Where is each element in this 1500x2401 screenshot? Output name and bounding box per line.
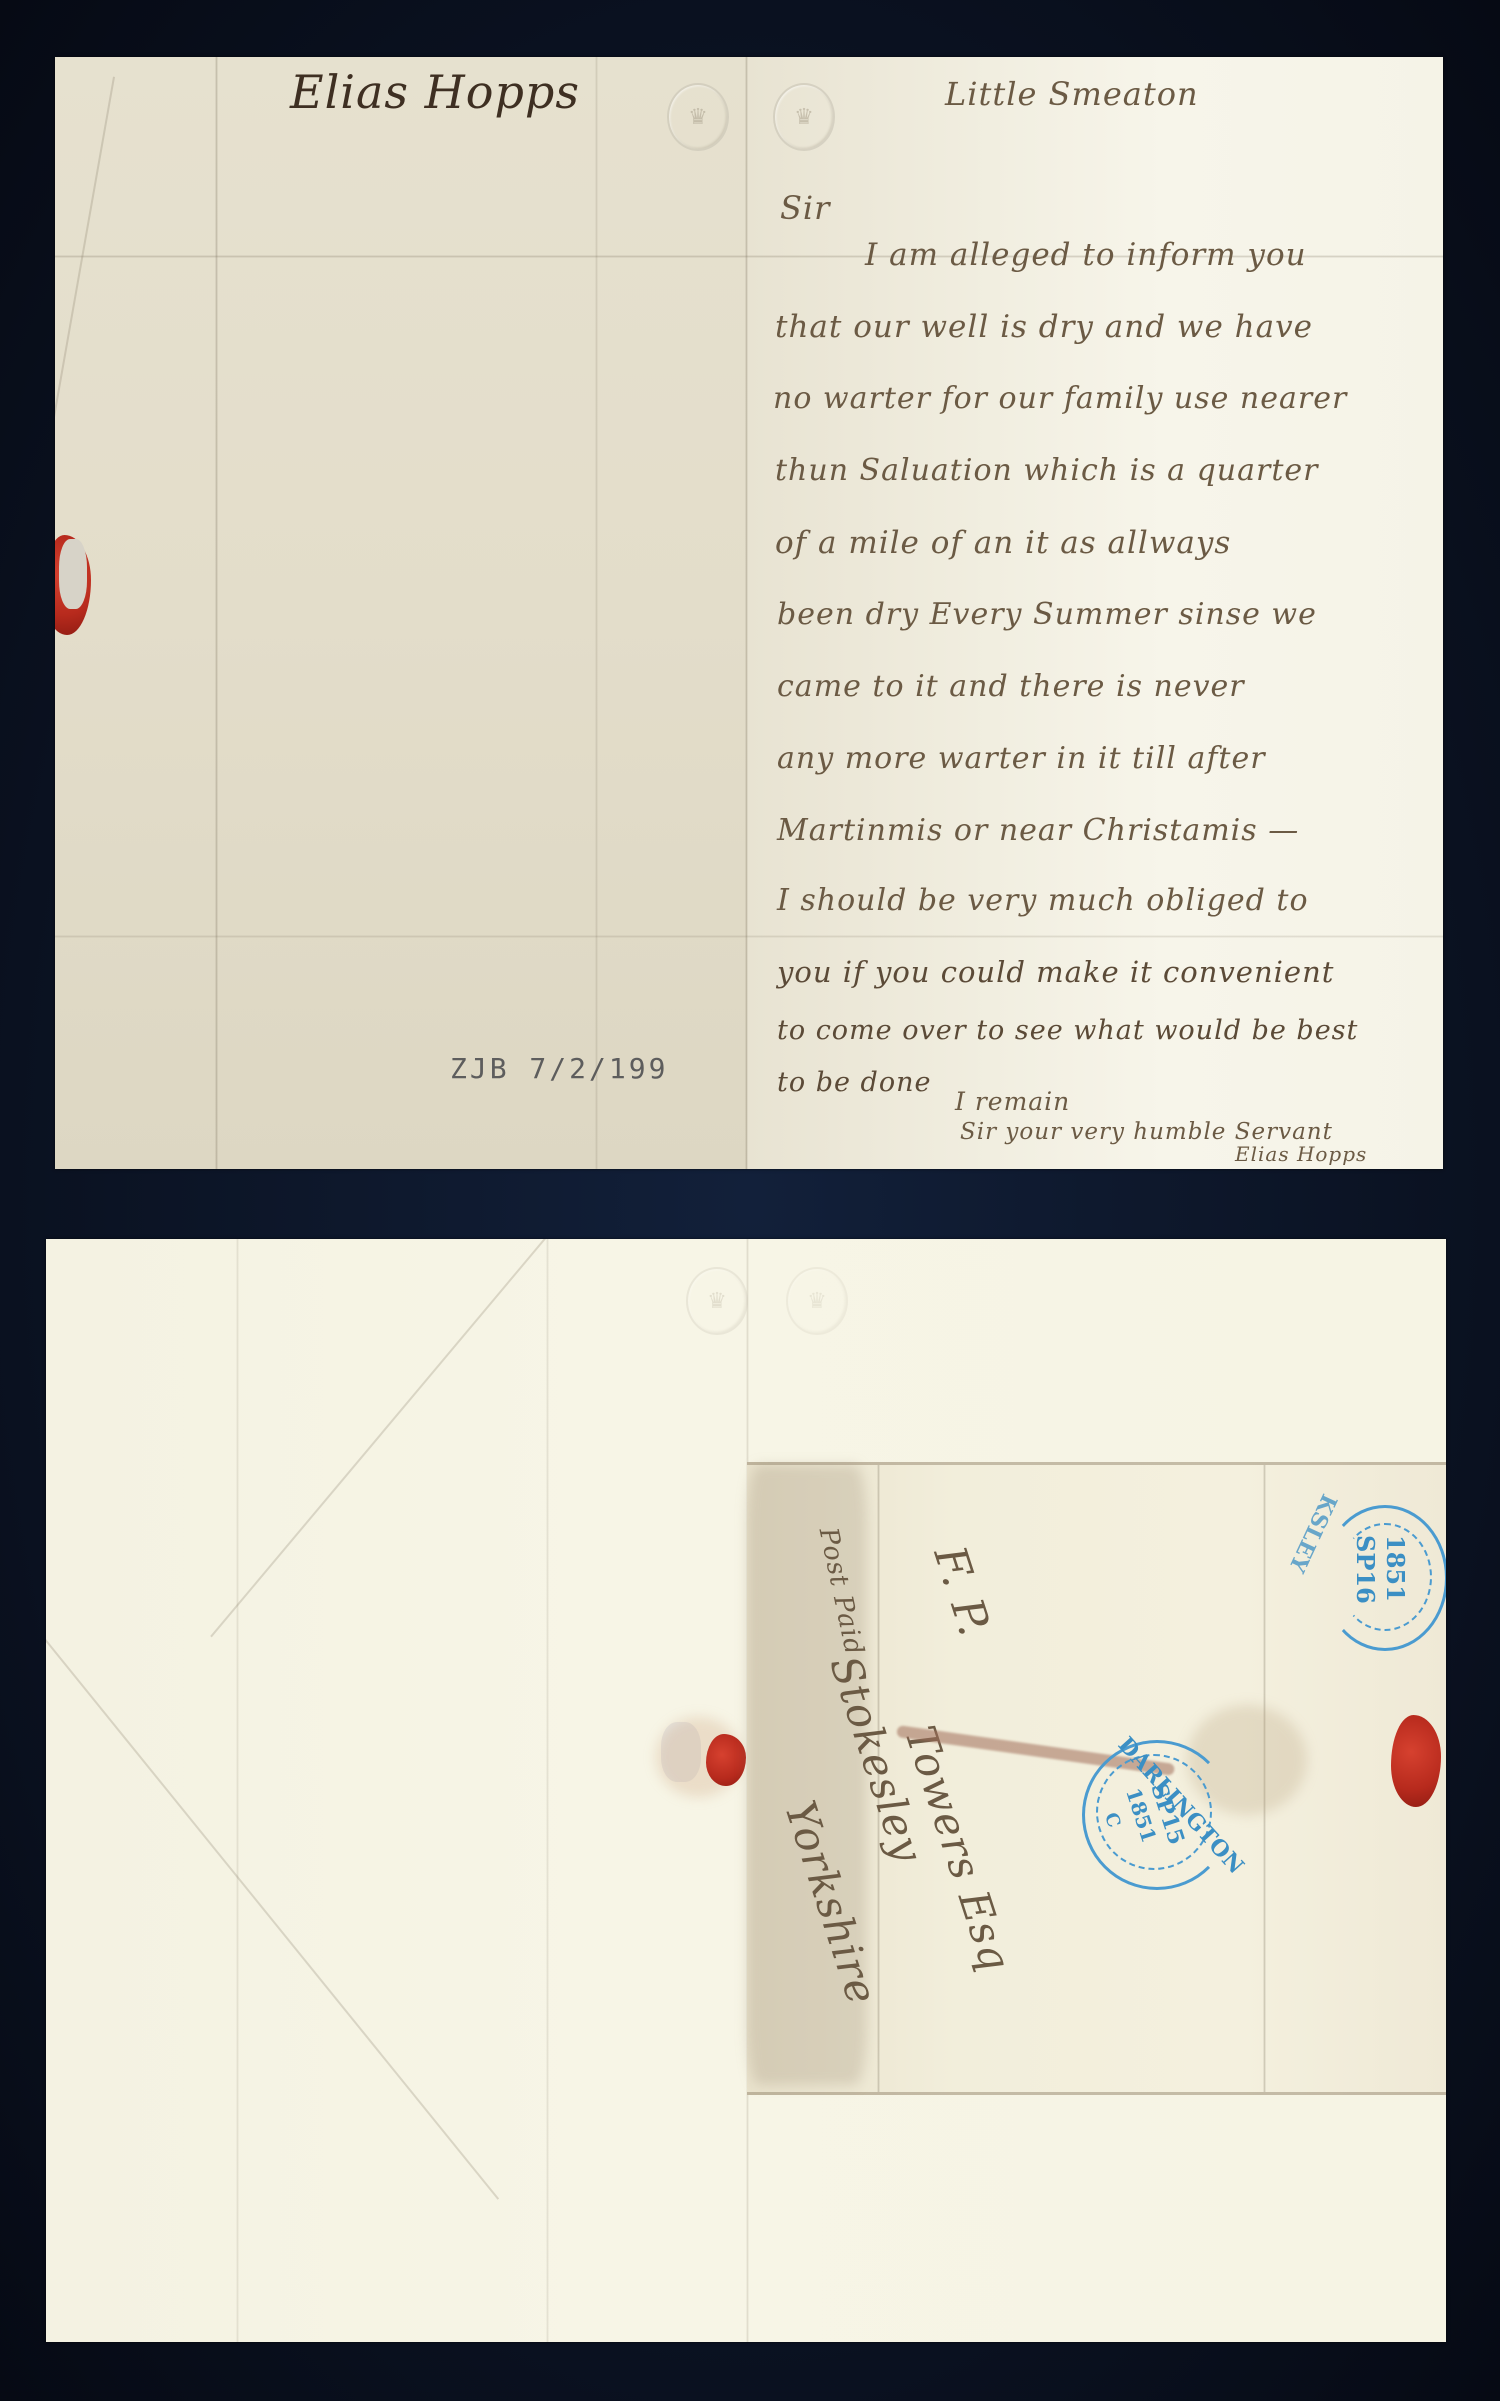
letter-heading: Little Smeaton (945, 75, 1199, 113)
letter-line: thun Saluation which is a quarter (775, 453, 1318, 488)
letter-line: Martinmis or near Christamis — (777, 813, 1299, 848)
fold-line (236, 1239, 239, 2342)
postmark-year: 1851 (1381, 1535, 1410, 1602)
fold-line (546, 1239, 549, 2342)
left-page (55, 57, 747, 1169)
letter-line: to come over to see what would be best (777, 1015, 1358, 1046)
crease-line (46, 1639, 499, 2200)
letter-signature: Elias Hopps (1235, 1142, 1367, 1166)
letter-line: that our well is dry and we have (775, 309, 1313, 345)
letter-line: of a mile of an it as allways (775, 525, 1231, 561)
fold-line (55, 935, 1443, 938)
letter-line: I am alleged to inform you (865, 237, 1307, 273)
fold-line (595, 57, 598, 1169)
letter-salutation: Sir (780, 189, 830, 227)
crease-line (210, 1239, 546, 1637)
letter-line: I should be very much obliged to (777, 883, 1309, 918)
embossed-crown-icon: ♛ (786, 1267, 848, 1335)
fold-line (215, 57, 218, 1169)
embossed-crown-icon: ♛ (686, 1267, 748, 1335)
postmark-darlington: DARLINGTON SP15 1851 C (1082, 1740, 1232, 1890)
letter-line: been dry Every Summer sinse we (777, 597, 1317, 632)
archive-reference: ZJB 7/2/199 (450, 1052, 668, 1085)
postmark-date: SP16 (1351, 1535, 1380, 1604)
address-panel: Post Paid F. P. Towers Esq Stokesley Yor… (747, 1462, 1446, 2095)
center-fold (745, 57, 748, 1169)
letter-line: you if you could make it convenient (777, 955, 1334, 989)
letter-sheet-back: ♛ ♛ Post Paid F. P. Towers Esq Stokesley… (46, 1239, 1446, 2342)
letter-line: any more warter in it till after (777, 741, 1266, 776)
letter-line: no warter for our family use nearer (773, 381, 1347, 416)
letter-line: to be done (777, 1067, 931, 1098)
embossed-crown-icon: ♛ (773, 83, 835, 151)
embossed-crown-icon: ♛ (667, 83, 729, 151)
wax-seal (706, 1734, 746, 1786)
letter-sheet-front: Elias Hopps ZJB 7/2/199 ♛ ♛ Little Smeat… (55, 57, 1443, 1169)
seal-paper-fragment (59, 539, 87, 609)
letter-closing: I remain (955, 1087, 1070, 1116)
docket-name: Elias Hopps (290, 65, 580, 119)
address-line: F. P. (923, 1540, 1000, 1643)
letter-line: came to it and there is never (777, 669, 1245, 704)
postmark-stokesley: KSLEY SP16 1851 (1302, 1505, 1442, 1655)
